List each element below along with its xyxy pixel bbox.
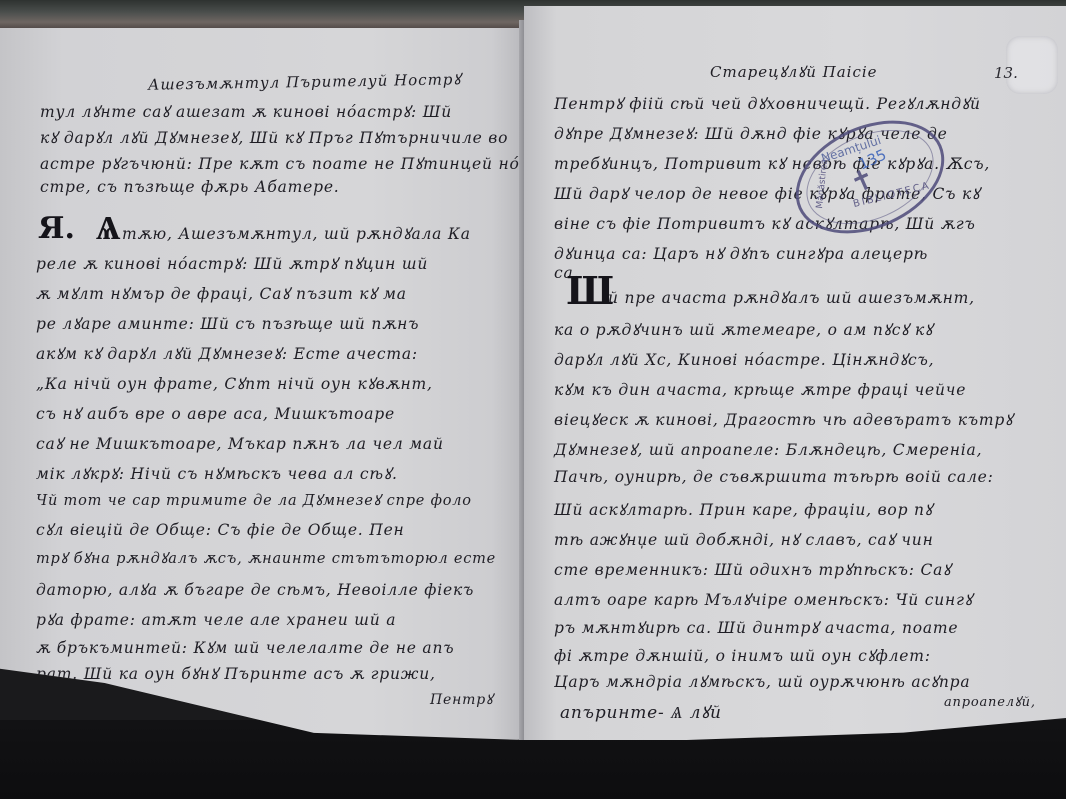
left-section-line: сꙋл віецій де Обще: Съ фіе де Обще. Пен — [36, 518, 405, 540]
left-catchword: Пентрꙋ — [430, 690, 493, 709]
right-section-line: дарꙋл лꙋй Хс, Кинові нóастре. Цінѫндꙋсъ, — [554, 348, 934, 370]
right-section-line: Царъ мѫндріа лꙋмѣскъ, шй оурѫчюнѣ асꙋпра — [554, 670, 970, 692]
left-intro-line: кꙋ дарꙋл лꙋй Дꙋмнезеꙋ, Шй кꙋ Пръг Пꙋтърн… — [40, 126, 508, 148]
left-intro-line: тул лꙋнте саꙋ ашезат ѫ кинові нóастрꙋ: Ш… — [40, 100, 452, 122]
left-section-line: акꙋм кꙋ дарꙋл лꙋй Дꙋмнезеꙋ: Есте ачеста: — [36, 342, 418, 364]
left-section-line: мік лꙋкрꙋ: Нічй съ нꙋмѣскъ чева ал сѣꙋ. — [36, 462, 398, 484]
left-section-line: тѫю, Ашезъмѫнтул, шй рѫндꙋала Ка — [122, 222, 471, 244]
right-page: Старецꙋлꙋй Паісіе 13. Пентрꙋ фіій сѣй че… — [524, 6, 1066, 740]
section-marker: Я. — [38, 211, 75, 246]
left-page: Ашезъмѫнтул Пърителуй Нострꙋ тул лꙋнте с… — [0, 28, 523, 740]
left-section-line: ре лꙋаре аминте: Шй съ пъзѣще шй пѫнъ — [36, 312, 419, 334]
right-section-line: сте временникъ: Шй одихнъ трꙋпѣскъ: Саꙋ — [554, 558, 951, 580]
right-section-line: ка о рѫдꙋчинъ шй ѫтемеаре, о ам пꙋсꙋ кꙋ — [554, 318, 933, 340]
left-section-line: Чй тот че сар тримите де ла Дꙋмнезеꙋ спр… — [36, 490, 472, 510]
left-intro-line: стре, съ пъзѣще фѫрь Абатере. — [40, 178, 340, 196]
right-intro-line: віне съ фіе Потривитъ кꙋ аскꙋлтарѣ, Шй ѫ… — [554, 212, 976, 234]
right-section-line: тѣ ажꙋнџе шй добѫнді, нꙋ славъ, саꙋ чин — [554, 528, 934, 550]
right-section-line: кꙋм къ дин ачаста, крѣще ѫтре фраці чейч… — [554, 378, 966, 400]
page-number: 13. — [994, 64, 1018, 82]
right-section-line: алтъ оаре карѣ Мълꙋчіре оменѣскъ: Чй син… — [554, 588, 973, 610]
left-section-line: ѫ мꙋлт нꙋмър де фраці, Саꙋ пъзит кꙋ ма — [36, 282, 407, 304]
right-section-line: Дꙋмнезеꙋ, шй апроапеле: Блѫндецѣ, Смерен… — [554, 438, 982, 460]
left-section-line: саꙋ не Мишкътоаре, Мъкар пѫнъ ла чел май — [36, 432, 444, 454]
left-intro-line: астре рꙋгъчюнй: Пре кѫт съ поате не Пꙋти… — [40, 152, 523, 174]
left-section-line: „Ка нічй оун фрате, Сꙋпт нічй оун кꙋвѫнт… — [36, 372, 433, 394]
right-section-line: фі ѫтре дѫншій, о інимъ шй оун сꙋфлет: — [554, 644, 931, 666]
section-drop-cap: Ш — [566, 268, 612, 313]
right-catchword: апроапелꙋй, — [944, 692, 1036, 710]
left-section-line: реле ѫ кинові нóастрꙋ: Шй ѫтрꙋ пꙋцин шй — [36, 252, 428, 274]
section-initial: Ѧ — [96, 208, 121, 248]
right-page-header: Старецꙋлꙋй Паісіе — [710, 62, 878, 82]
right-section-line: й пре ачаста рѫндꙋалъ шй ашезъмѫнт, — [608, 286, 975, 308]
left-section-line: съ нꙋ аибъ вре о авре аса, Мишкътоаре — [36, 402, 395, 424]
left-section-line: рꙋа фрате: атѫт челе але хранеи шй а — [36, 608, 396, 630]
left-section-line: ѫ бръкъминтей: Кꙋм шй челелалте де не ап… — [36, 636, 454, 658]
left-section-line: рат. Шй ка оун бꙋнꙋ Пъринте асъ ѫ грижи, — [36, 662, 436, 684]
right-section-line: Пачѣ, оунирѣ, де съвѫршита тъѣрѣ воій са… — [554, 468, 994, 486]
right-section-line: ръ мѫнтꙋирѣ са. Шй динтрꙋ ачаста, поате — [554, 616, 958, 638]
left-section-line: даторю, алꙋа ѫ бъгаре де сѣмъ, Невоілле … — [36, 578, 474, 600]
right-intro-line: дꙋинца са: Царъ нꙋ дꙋпъ сингꙋра алецерѣ — [554, 242, 928, 264]
right-section-line: Шй аскꙋлтарѣ. Прин каре, фраціи, вор пꙋ — [554, 498, 933, 520]
right-section-line: віецꙋеск ѫ кинові, Драгостѣ чѣ адевъратъ… — [554, 408, 1013, 430]
right-section-line: апъринте- Ѧ лꙋй — [560, 700, 722, 723]
left-section-line: трꙋ бꙋна рѫндꙋалъ ѫсъ, ѫнаинте стътъторю… — [36, 548, 496, 568]
left-page-header: Ашезъмѫнтул Пърителуй Нострꙋ — [148, 69, 462, 94]
right-intro-line: Пентрꙋ фіій сѣй чей дꙋховничещй. Регꙋлѫн… — [554, 92, 981, 114]
